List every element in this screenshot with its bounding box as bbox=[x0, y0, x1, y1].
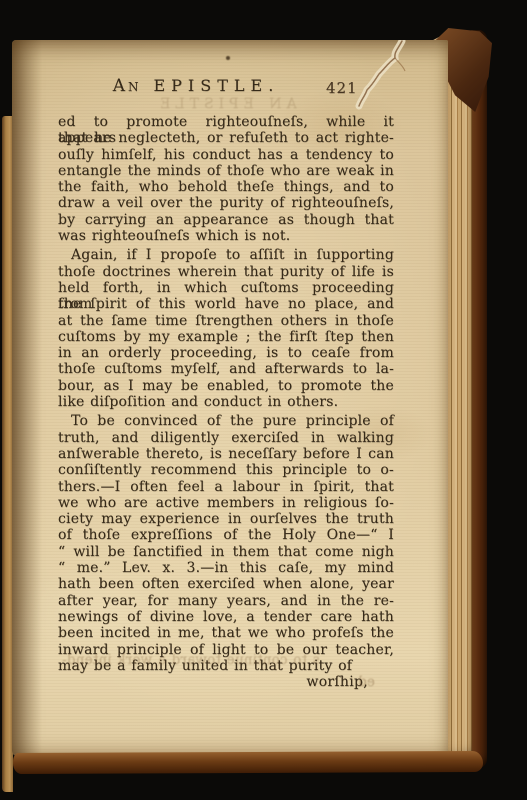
text-line: like diſpoſition and conduct in others. bbox=[58, 394, 394, 410]
text-line: of thoſe expreſſions of the Holy One—“ I bbox=[58, 527, 394, 543]
text-line: by carrying an appearance as though that bbox=[58, 212, 394, 228]
text-line: bour, as I may be enabled, to promote th… bbox=[58, 378, 394, 394]
text-line: ciety may experience in ourſelves the tr… bbox=[58, 511, 394, 527]
page-number: 421 bbox=[326, 80, 358, 96]
text-line: was righteouſneſs which is not. bbox=[58, 228, 394, 244]
text-line: draw a veil over the purity of righteouſ… bbox=[58, 195, 394, 211]
book-scan: AnEPISTLE. 421 AN EPISTLE ed to promote … bbox=[0, 0, 527, 800]
paragraph: ed to promote righteouſneſs, while it ap… bbox=[58, 114, 394, 244]
text-line: conſiſtently recommend this principle to… bbox=[58, 462, 394, 478]
body-text: ed to promote righteouſneſs, while it ap… bbox=[58, 114, 394, 674]
text-line: may be a family united in that purity of bbox=[58, 658, 394, 674]
text-line: “ will be ſanctified in them that come n… bbox=[58, 544, 394, 560]
text-line: been incited in me, that we who profeſs … bbox=[58, 625, 394, 641]
book-page: AnEPISTLE. 421 AN EPISTLE ed to promote … bbox=[12, 40, 448, 756]
text-line: To be convinced of the pure principle of bbox=[58, 413, 394, 429]
text-line: after year, for many years, and in the r… bbox=[58, 593, 394, 609]
text-line: newings of divine love, a tender care ha… bbox=[58, 609, 394, 625]
book-cover-bottom-edge bbox=[13, 751, 483, 774]
text-line: the ſpirit of this world have no place, … bbox=[58, 296, 394, 312]
text-line: the faith, who behold theſe things, and … bbox=[58, 179, 394, 195]
text-line: entangle the minds of thoſe who are weak… bbox=[58, 163, 394, 179]
text-line: anſwerable thereto, is neceſſary before … bbox=[58, 446, 394, 462]
catchword: worſhip, bbox=[306, 674, 368, 690]
paragraph: Again, if I propoſe to aſſiſt in ſupport… bbox=[58, 247, 394, 410]
text-line: thoſe cuſtoms myſelf, and afterwards to … bbox=[58, 361, 394, 377]
text-line: in an orderly proceeding, is to ceaſe fr… bbox=[58, 345, 394, 361]
text-line: Again, if I propoſe to aſſiſt in ſupport… bbox=[58, 247, 394, 263]
header-title: EPISTLE. bbox=[153, 76, 279, 95]
text-line: ouſly himſelf, his conduct has a tendenc… bbox=[58, 147, 394, 163]
text-line: truth, and diligently exerciſed in walki… bbox=[58, 430, 394, 446]
text-line: hath been often exerciſed when alone, ye… bbox=[58, 576, 394, 592]
page-edges bbox=[445, 36, 472, 760]
text-line: thoſe doctrines wherein that purity of l… bbox=[58, 264, 394, 280]
running-title: AnEPISTLE. bbox=[28, 78, 364, 95]
text-line: thers.—I often feel a labour in ſpirit, … bbox=[58, 479, 394, 495]
text-line: “ me.” Lev. x. 3.—in this caſe, my mind bbox=[58, 560, 394, 576]
catchword-row: worſhip, bbox=[58, 674, 394, 691]
text-line: inward principle of light to be our teac… bbox=[58, 642, 394, 658]
text-line: we who are active members in religious ſ… bbox=[58, 495, 394, 511]
text-line: ed to promote righteouſneſs, while it ap… bbox=[58, 114, 394, 130]
page-header: AnEPISTLE. 421 bbox=[58, 78, 394, 108]
text-line: that he neglecteth, or refuſeth to act r… bbox=[58, 130, 394, 146]
text-line: held forth, in which cuſtoms proceeding … bbox=[58, 280, 394, 296]
header-word-an: An bbox=[113, 76, 142, 96]
text-line: at the ſame time ſtrengthen others in th… bbox=[58, 313, 394, 329]
gutter-shadow bbox=[12, 40, 42, 756]
text-line: cuſtoms by my example ; the firſt ſtep t… bbox=[58, 329, 394, 345]
ink-speck bbox=[226, 56, 230, 60]
paragraph: To be convinced of the pure principle of… bbox=[58, 413, 394, 674]
printed-text-area: AnEPISTLE. 421 AN EPISTLE ed to promote … bbox=[58, 78, 394, 691]
